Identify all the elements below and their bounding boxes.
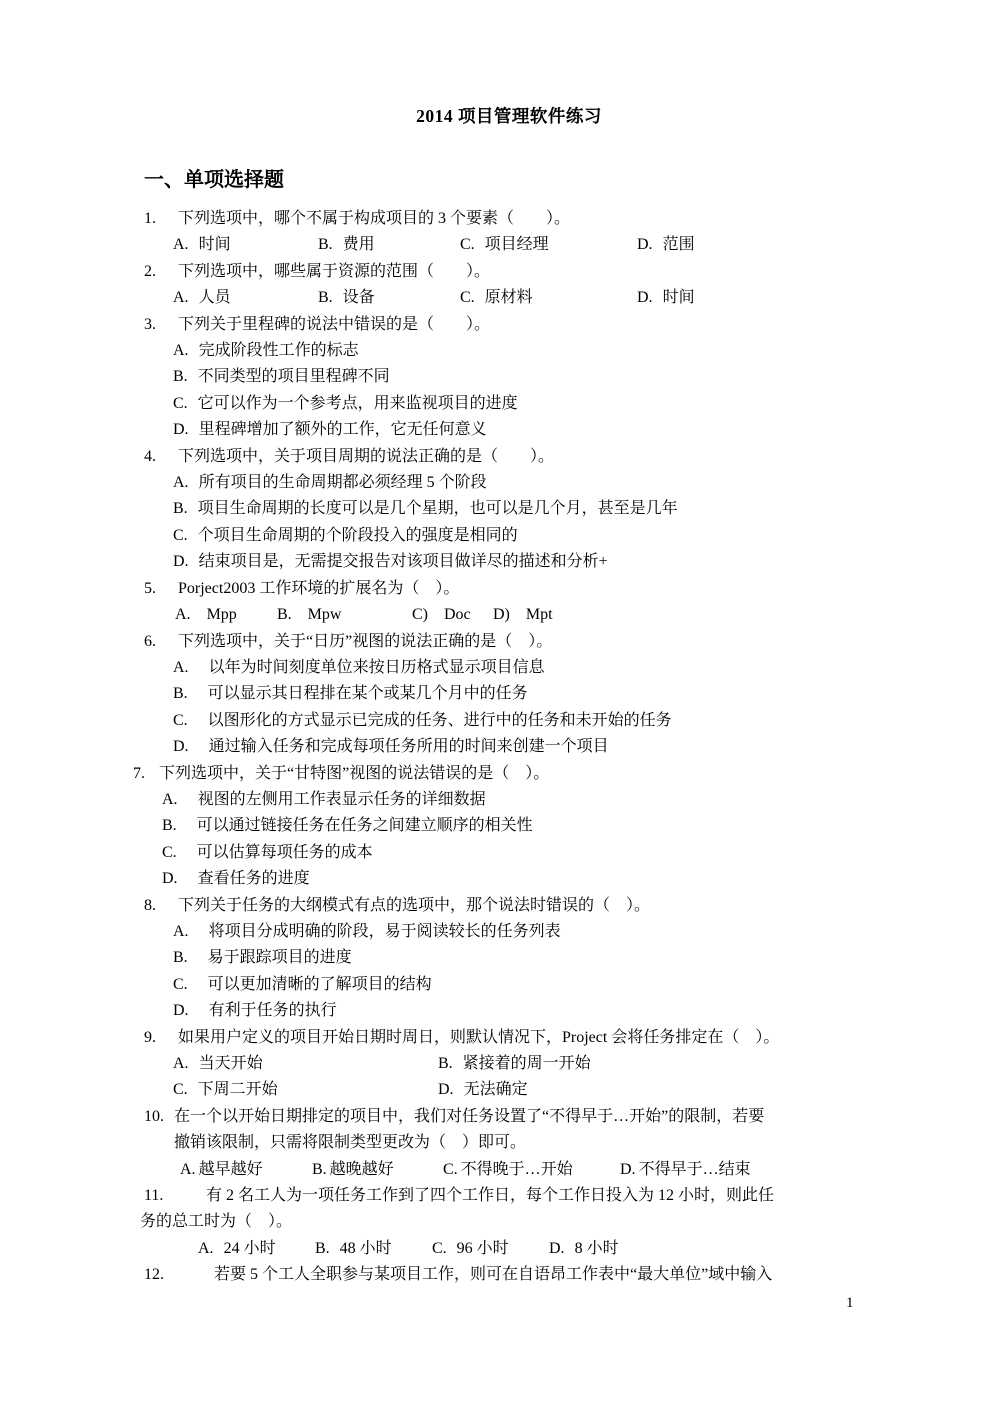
option-label: B.	[173, 681, 188, 707]
option-text: 里程碑增加了额外的工作，它无任何意义	[199, 421, 487, 438]
option: A.24 小时	[198, 1236, 315, 1262]
options-row: A.时间B.费用C.项目经理D.范围	[144, 232, 874, 258]
option-text: 查看任务的进度	[198, 870, 310, 887]
option-label: D.	[549, 1236, 565, 1262]
option-label: A.	[180, 1157, 196, 1183]
option: C.可以更加清晰的了解项目的结构	[173, 972, 432, 998]
option: A.视图的左侧用工作表显示任务的详细数据	[162, 787, 486, 813]
option-line: A.以年为时间刻度单位来按日历格式显示项目信息	[144, 655, 874, 681]
question-stem: 下列关于里程碑的说法中错误的是（ ）。	[178, 316, 490, 333]
option: D.结束项目是，无需提交报告对该项目做详尽的描述和分析+	[173, 549, 608, 575]
option: C.项目经理	[460, 232, 637, 258]
options-row: A.人员B.设备C.原材料D.时间	[144, 285, 874, 311]
option: D.查看任务的进度	[162, 866, 310, 892]
option: B.项目生命周期的长度可以是几个星期，也可以是几个月，甚至是几年	[173, 496, 678, 522]
option: B.设备	[318, 285, 460, 311]
option-text: 时间	[199, 236, 231, 253]
option-line: B.可以通过链接任务在任务之间建立顺序的相关性	[133, 813, 874, 839]
option-text: 不得晚于…开始	[461, 1161, 573, 1178]
option-label: C)	[412, 602, 428, 628]
option-label: D.	[637, 285, 653, 311]
option: B.紧接着的周一开始	[438, 1051, 591, 1077]
option: C.以图形化的方式显示已完成的任务、进行中的任务和未开始的任务	[173, 708, 672, 734]
option-line: D.有利于任务的执行	[144, 998, 874, 1024]
option-label: C.	[443, 1157, 458, 1183]
option: C.下周二开始	[173, 1077, 438, 1103]
question-stem: 下列选项中，哪个不属于构成项目的 3 个要素（ ）。	[178, 210, 570, 227]
option-text: 将项目分成明确的阶段，易于阅读较长的任务列表	[209, 923, 561, 940]
option-text: 96 小时	[457, 1240, 509, 1257]
option-label: A.	[173, 338, 189, 364]
option-label: C.	[173, 1077, 188, 1103]
option-text: 所有项目的生命周期都必须经理 5 个阶段	[199, 474, 487, 491]
option-label: D.	[173, 998, 189, 1024]
option: A.完成阶段性工作的标志	[173, 338, 359, 364]
option-text: Doc	[444, 606, 471, 623]
option: B.48 小时	[315, 1236, 432, 1262]
option: D.通过输入任务和完成每项任务所用的时间来创建一个项目	[173, 734, 609, 760]
question-number: 5.	[144, 576, 178, 602]
option-label: A.	[175, 602, 191, 628]
option-text: 通过输入任务和完成每项任务所用的时间来创建一个项目	[209, 738, 609, 755]
option-line: A.所有项目的生命周期都必须经理 5 个阶段	[144, 470, 874, 496]
option-line: C.以图形化的方式显示已完成的任务、进行中的任务和未开始的任务	[144, 708, 874, 734]
question-number: 10.	[144, 1104, 174, 1130]
option-text: 不得早于…结束	[639, 1161, 751, 1178]
option: D)Mpt	[493, 602, 553, 628]
question-stem-continuation: 撤销该限制，只需将限制类型更改为（ ）即可。	[144, 1130, 874, 1156]
option-text: 8 小时	[575, 1240, 619, 1257]
question: 11.有 2 名工人为一项任务工作到了四个工作日，每个工作日投入为 12 小时，…	[144, 1183, 874, 1262]
question-number: 12.	[144, 1262, 214, 1288]
option: B.越晚越好	[312, 1157, 443, 1183]
option-line: C.可以估算每项任务的成本	[133, 840, 874, 866]
option-label: C.	[432, 1236, 447, 1262]
option: B.不同类型的项目里程碑不同	[173, 364, 390, 390]
option-label: A.	[173, 470, 189, 496]
question-number: 6.	[144, 629, 178, 655]
option: C.96 小时	[432, 1236, 549, 1262]
option: C)Doc	[412, 602, 493, 628]
option-text: 它可以作为一个参考点，用来监视项目的进度	[198, 395, 518, 412]
option-text: 视图的左侧用工作表显示任务的详细数据	[198, 791, 486, 808]
question-stem: 有 2 名工人为一项任务工作到了四个工作日，每个工作日投入为 12 小时，则此任	[206, 1187, 774, 1204]
option-text: Mpt	[526, 606, 553, 623]
option-label: D)	[493, 602, 510, 628]
option: C.它可以作为一个参考点，用来监视项目的进度	[173, 391, 518, 417]
option-text: 个项目生命周期的个阶段投入的强度是相同的	[198, 527, 518, 544]
option-text: 完成阶段性工作的标志	[199, 342, 359, 359]
option-label: B.	[173, 364, 188, 390]
question-number: 11.	[144, 1183, 206, 1209]
question-stem: 下列选项中，哪些属于资源的范围（ ）。	[178, 263, 490, 280]
option-text: 越晚越好	[330, 1161, 394, 1178]
option-label: A.	[198, 1236, 214, 1262]
option-line: B.项目生命周期的长度可以是几个星期，也可以是几个月，甚至是几年	[144, 496, 874, 522]
option-label: B.	[312, 1157, 327, 1183]
option-text: 当天开始	[199, 1055, 263, 1072]
option-text: 紧接着的周一开始	[463, 1055, 591, 1072]
option-label: B.	[315, 1236, 330, 1262]
section-heading: 一、单项选择题	[144, 167, 874, 194]
option: A.当天开始	[173, 1051, 438, 1077]
option-text: 可以估算每项任务的成本	[197, 844, 373, 861]
question: 12.若要 5 个工人全职参与某项目工作，则可在自语昂工作表中“最大单位”域中输…	[144, 1262, 874, 1288]
question: 7.下列选项中，关于“甘特图”视图的说法错误的是（ ）。 A.视图的左侧用工作表…	[133, 761, 874, 893]
question: 8.下列关于任务的大纲模式有点的选项中，那个说法时错误的（ ）。 A.将项目分成…	[144, 893, 874, 1025]
option-text: 有利于任务的执行	[209, 1002, 337, 1019]
option-label: B.	[162, 813, 177, 839]
option-label: D.	[620, 1157, 636, 1183]
question-stem: 若要 5 个工人全职参与某项目工作，则可在自语昂工作表中“最大单位”域中输入	[214, 1266, 772, 1283]
option-text: 范围	[663, 236, 695, 253]
option-label: C.	[173, 391, 188, 417]
question-stem-continuation: 务的总工时为（ ）。	[140, 1209, 874, 1235]
question: 10.在一个以开始日期排定的项目中，我们对任务设置了“不得早于…开始”的限制，若…	[144, 1104, 874, 1183]
option-label: C.	[173, 708, 188, 734]
option-label: D.	[637, 232, 653, 258]
option-label: C.	[460, 285, 475, 311]
option-label: A.	[173, 919, 189, 945]
option-text: 人员	[199, 289, 231, 306]
option-text: 项目生命周期的长度可以是几个星期，也可以是几个月，甚至是几年	[198, 500, 678, 517]
options-row: A.越早越好B.越晚越好C.不得晚于…开始D.不得早于…结束	[144, 1157, 874, 1183]
options-row: A.MppB.MpwC)DocD)Mpt	[144, 602, 874, 628]
option-text: 以年为时间刻度单位来按日历格式显示项目信息	[209, 659, 545, 676]
question: 9.如果用户定义的项目开始日期时周日，则默认情况下，Project 会将任务排定…	[144, 1025, 874, 1104]
option: A.所有项目的生命周期都必须经理 5 个阶段	[173, 470, 487, 496]
option-text: 原材料	[485, 289, 533, 306]
option-label: C.	[173, 972, 188, 998]
option-label: C.	[173, 523, 188, 549]
option: B.Mpw	[277, 602, 412, 628]
option-text: 设备	[343, 289, 375, 306]
page-title: 2014 项目管理软件练习	[144, 106, 874, 126]
option: C.不得晚于…开始	[443, 1157, 620, 1183]
document-content: 2014 项目管理软件练习 一、单项选择题 1.下列选项中，哪个不属于构成项目的…	[144, 106, 874, 1289]
option-text: 可以更加清晰的了解项目的结构	[208, 976, 432, 993]
option-label: A.	[173, 232, 189, 258]
option-label: D.	[173, 549, 189, 575]
option-text: 无法确定	[464, 1081, 528, 1098]
option-label: B.	[173, 945, 188, 971]
option-text: 易于跟踪项目的进度	[208, 949, 352, 966]
option: B.可以显示其日程排在某个或某几个月中的任务	[173, 681, 528, 707]
option: D.不得早于…结束	[620, 1157, 751, 1183]
option-line: A.视图的左侧用工作表显示任务的详细数据	[133, 787, 874, 813]
option-label: A.	[173, 285, 189, 311]
question-stem: 如果用户定义的项目开始日期时周日，则默认情况下，Project 会将任务排定在（…	[178, 1029, 779, 1046]
page-number: 1	[846, 1294, 854, 1312]
question-number: 1.	[144, 206, 178, 232]
option-text: 下周二开始	[198, 1081, 278, 1098]
option-line: B.不同类型的项目里程碑不同	[144, 364, 874, 390]
option-text: Mpw	[308, 606, 342, 623]
option-line: A.将项目分成明确的阶段，易于阅读较长的任务列表	[144, 919, 874, 945]
option-line: C.可以更加清晰的了解项目的结构	[144, 972, 874, 998]
option-text: 越早越好	[199, 1161, 263, 1178]
question: 1.下列选项中，哪个不属于构成项目的 3 个要素（ ）。 A.时间B.费用C.项…	[144, 206, 874, 259]
option-line: D.里程碑增加了额外的工作，它无任何意义	[144, 417, 874, 443]
options-row: C.下周二开始D.无法确定	[144, 1077, 874, 1103]
option-text: 不同类型的项目里程碑不同	[198, 368, 390, 385]
option: C.原材料	[460, 285, 637, 311]
option-label: B.	[318, 285, 333, 311]
option-label: B.	[173, 496, 188, 522]
option-line: D.结束项目是，无需提交报告对该项目做详尽的描述和分析+	[144, 549, 874, 575]
option: D.范围	[637, 232, 695, 258]
option: B.费用	[318, 232, 460, 258]
option: A.时间	[173, 232, 318, 258]
option-label: C.	[162, 840, 177, 866]
option: D.里程碑增加了额外的工作，它无任何意义	[173, 417, 487, 443]
question-stem: 在一个以开始日期排定的项目中，我们对任务设置了“不得早于…开始”的限制，若要	[174, 1108, 764, 1125]
option-text: 可以通过链接任务在任务之间建立顺序的相关性	[197, 817, 533, 834]
option-line: D.通过输入任务和完成每项任务所用的时间来创建一个项目	[144, 734, 874, 760]
option-text: 项目经理	[485, 236, 549, 253]
option-label: C.	[460, 232, 475, 258]
question-number: 2.	[144, 259, 178, 285]
option-line: B.易于跟踪项目的进度	[144, 945, 874, 971]
option-text: 以图形化的方式显示已完成的任务、进行中的任务和未开始的任务	[208, 712, 672, 729]
option: C.可以估算每项任务的成本	[162, 840, 373, 866]
question-number: 3.	[144, 312, 178, 338]
option: B.可以通过链接任务在任务之间建立顺序的相关性	[162, 813, 533, 839]
question: 4.下列选项中，关于项目周期的说法正确的是（ ）。 A.所有项目的生命周期都必须…	[144, 444, 874, 576]
option-text: 费用	[343, 236, 375, 253]
option-label: A.	[173, 655, 189, 681]
option-line: D.查看任务的进度	[133, 866, 874, 892]
option: C.个项目生命周期的个阶段投入的强度是相同的	[173, 523, 518, 549]
option-line: A.完成阶段性工作的标志	[144, 338, 874, 364]
option-label: D.	[162, 866, 178, 892]
options-row: A.当天开始B.紧接着的周一开始	[144, 1051, 874, 1077]
option: A.越早越好	[180, 1157, 312, 1183]
document-page: 2014 项目管理软件练习 一、单项选择题 1.下列选项中，哪个不属于构成项目的…	[0, 0, 993, 1404]
question-number: 8.	[144, 893, 178, 919]
options-row: A.24 小时B.48 小时C.96 小时D.8 小时	[144, 1236, 874, 1262]
option-text: Mpp	[207, 606, 237, 623]
option-text: 结束项目是，无需提交报告对该项目做详尽的描述和分析+	[199, 553, 608, 570]
question-stem: 下列选项中，关于“甘特图”视图的说法错误的是（ ）。	[159, 765, 549, 782]
question: 5.Porject2003 工作环境的扩展名为（ ）。 A.MppB.MpwC)…	[144, 576, 874, 629]
option: A.以年为时间刻度单位来按日历格式显示项目信息	[173, 655, 545, 681]
option-text: 48 小时	[340, 1240, 392, 1257]
option-line: C.个项目生命周期的个阶段投入的强度是相同的	[144, 523, 874, 549]
option-line: C.它可以作为一个参考点，用来监视项目的进度	[144, 391, 874, 417]
question-number: 4.	[144, 444, 178, 470]
option-label: D.	[173, 417, 189, 443]
question-stem: 下列关于任务的大纲模式有点的选项中，那个说法时错误的（ ）。	[178, 897, 650, 914]
option: D.时间	[637, 285, 695, 311]
option-label: B.	[438, 1051, 453, 1077]
option-label: A.	[173, 1051, 189, 1077]
option-label: D.	[173, 734, 189, 760]
question-stem: Porject2003 工作环境的扩展名为（ ）。	[178, 580, 459, 597]
question: 3.下列关于里程碑的说法中错误的是（ ）。 A.完成阶段性工作的标志 B.不同类…	[144, 312, 874, 444]
question: 2.下列选项中，哪些属于资源的范围（ ）。 A.人员B.设备C.原材料D.时间	[144, 259, 874, 312]
question-number: 9.	[144, 1025, 178, 1051]
option-text: 可以显示其日程排在某个或某几个月中的任务	[208, 685, 528, 702]
option-label: B.	[277, 602, 292, 628]
option-label: A.	[162, 787, 178, 813]
option: A.Mpp	[175, 602, 277, 628]
option: B.易于跟踪项目的进度	[173, 945, 352, 971]
option-text: 24 小时	[224, 1240, 276, 1257]
option-label: D.	[438, 1077, 454, 1103]
option: D.无法确定	[438, 1077, 528, 1103]
option-label: B.	[318, 232, 333, 258]
question-stem: 下列选项中，关于“日历”视图的说法正确的是（ ）。	[178, 633, 552, 650]
option: D.有利于任务的执行	[173, 998, 337, 1024]
question-number: 7.	[133, 761, 159, 787]
option-text: 时间	[663, 289, 695, 306]
question-stem: 下列选项中，关于项目周期的说法正确的是（ ）。	[178, 448, 554, 465]
option-line: B.可以显示其日程排在某个或某几个月中的任务	[144, 681, 874, 707]
option: A.人员	[173, 285, 318, 311]
option: D.8 小时	[549, 1236, 619, 1262]
question: 6.下列选项中，关于“日历”视图的说法正确的是（ ）。 A.以年为时间刻度单位来…	[144, 629, 874, 761]
option: A.将项目分成明确的阶段，易于阅读较长的任务列表	[173, 919, 561, 945]
